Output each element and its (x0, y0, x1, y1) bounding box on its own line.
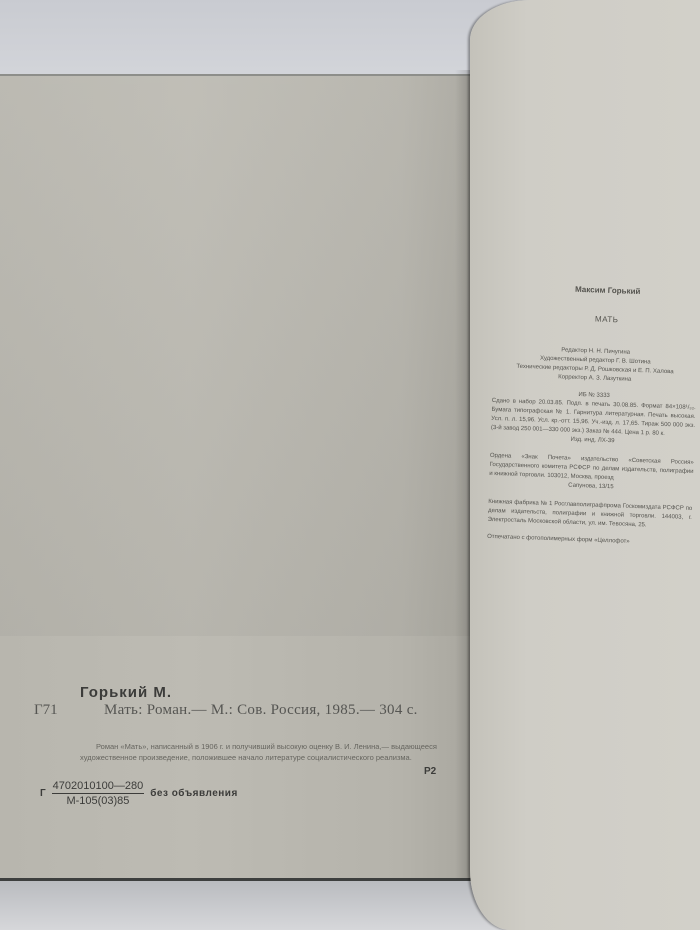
catalog-author: Горький М. (80, 684, 172, 701)
catalog-classification: Р2 (424, 766, 436, 777)
printer-info: Книжная фабрика № 1 Росглавполиграфпрома… (488, 498, 693, 532)
print-specs: Сдано в набор 20.03.85. Подп. в печать 3… (491, 397, 696, 440)
catalog-price-note: без объявления (150, 788, 238, 799)
publisher-info: Ордена «Знак Почета» издательство «Совет… (489, 452, 694, 495)
catalog-title-line: Мать: Роман.— М.: Сов. Россия, 1985.— 30… (104, 702, 418, 719)
catalog-code-letter: Г (40, 788, 46, 799)
catalog-code-fraction: 4702010100—280 М-105(03)85 (52, 780, 145, 807)
catalog-code-numerator: 4702010100—280 (52, 780, 145, 794)
imprint-block: Максим Горький МАТЬ Редактор Н. Н. Пичуг… (487, 282, 700, 549)
catalog-code-block: Г 4702010100—280 М-105(03)85 без объявле… (40, 780, 238, 807)
imprint-specs: ИБ № 3333 Сдано в набор 20.03.85. Подп. … (490, 388, 696, 449)
catalog-annotation: Роман «Мать», написанный в 1906 г. и пол… (80, 741, 440, 763)
catalog-code-denominator: М-105(03)85 (66, 794, 129, 807)
imprint-staff: Редактор Н. Н. Пичугина Художественный р… (493, 344, 698, 387)
imprint-title: МАТЬ (515, 312, 699, 327)
catalog-index: Г71 (34, 702, 58, 719)
